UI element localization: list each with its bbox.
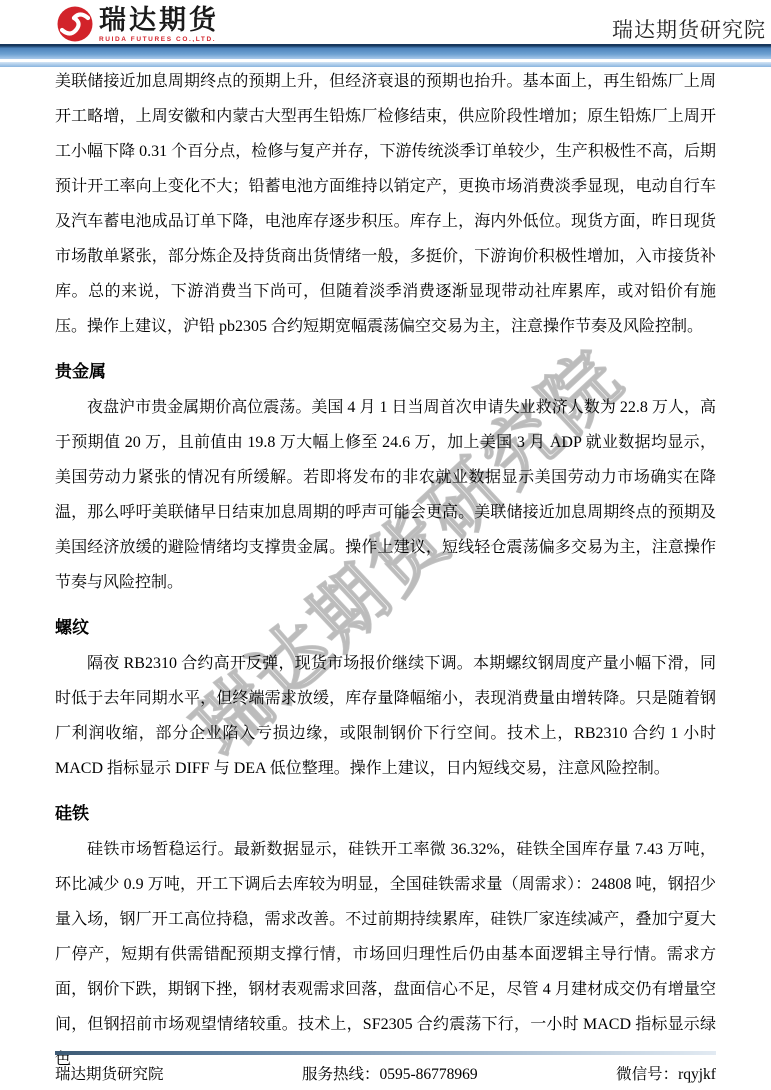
footer-org: 瑞达期货研究院 [55,1062,164,1084]
section-paragraph-rebar: 隔夜 RB2310 合约高开反弹，现货市场报价继续下调。本期螺纹钢周度产量小幅下… [55,646,716,786]
ruida-logo: 瑞达期货 RUIDA FUTURES CO.,LTD. [55,4,219,44]
institute-title: 瑞达期货研究院 [612,14,766,44]
header-divider-primary [0,44,771,59]
page-footer: 瑞达期货研究院 服务热线：0595-86778969 微信号：rqyjkf [55,1062,716,1084]
footer-hotline-number: 0595-86778969 [379,1066,477,1083]
footer-divider [55,1051,716,1055]
footer-hotline: 服务热线：0595-86778969 [302,1062,478,1084]
brand-name-cn: 瑞达期货 [99,7,219,34]
section-heading-rebar: 螺纹 [55,610,716,645]
brand-text-block: 瑞达期货 RUIDA FUTURES CO.,LTD. [99,4,219,44]
footer-hotline-label: 服务热线： [302,1066,380,1083]
footer-wechat-id: rqyjkf [678,1066,716,1083]
section-paragraph-ferrosilicon: 硅铁市场暂稳运行。最新数据显示，硅铁开工率微 36.32%，硅铁全国库存量 7.… [55,832,716,1077]
report-page: 瑞达期货 RUIDA FUTURES CO.,LTD. 瑞达期货研究院 瑞达期货… [0,0,771,1090]
section-heading-ferrosilicon: 硅铁 [55,796,716,831]
page-header: 瑞达期货 RUIDA FUTURES CO.,LTD. 瑞达期货研究院 [0,0,771,44]
lead-paragraph: 美联储接近加息周期终点的预期上升，但经济衰退的预期也抬升。基本面上，再生铅炼厂上… [55,64,716,344]
ruida-emblem-icon [55,4,95,44]
section-heading-precious-metals: 贵金属 [55,354,716,389]
footer-wechat: 微信号：rqyjkf [616,1062,716,1084]
footer-wechat-label: 微信号： [616,1066,678,1083]
brand-name-en: RUIDA FUTURES CO.,LTD. [99,37,219,44]
report-body: 美联储接近加息周期终点的预期上升，但经济衰退的预期也抬升。基本面上，再生铅炼厂上… [55,64,716,1077]
section-paragraph-precious-metals: 夜盘沪市贵金属期价高位震荡。美国 4 月 1 日当周首次申请失业救济人数为 22… [55,390,716,600]
